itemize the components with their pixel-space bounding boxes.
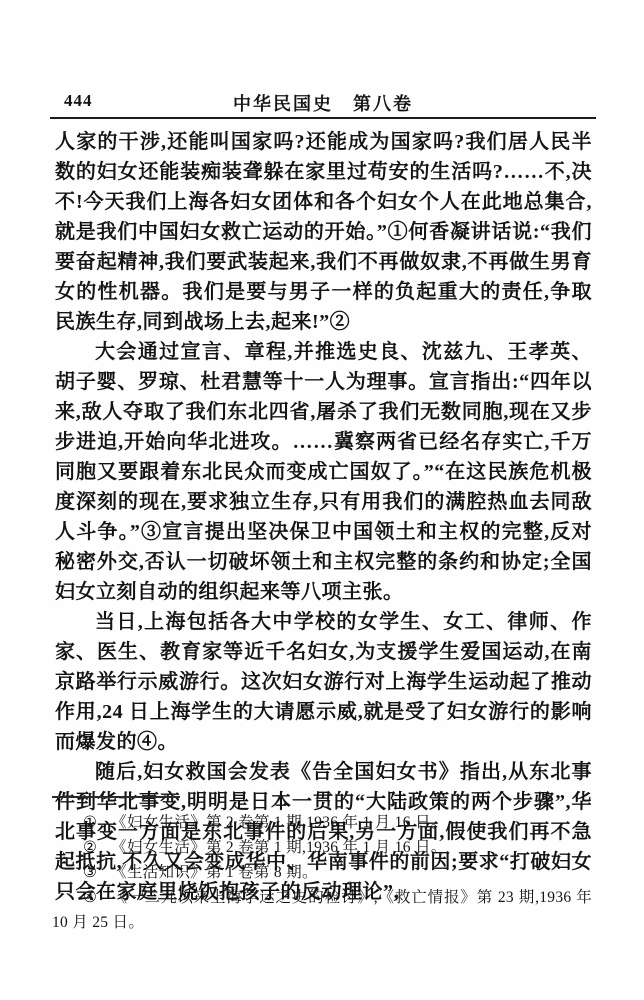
body-paragraph: 大会通过宣言、章程,并推选史良、沈兹九、王孝英、胡子婴、罗琼、杜君慧等十一人为理… [55, 337, 592, 607]
footnote-divider [52, 796, 180, 798]
footnote-item: ③《生活知识》第 1 卷第 8 期。 [52, 860, 592, 885]
header-title: 中华民国史 第八卷 [50, 88, 596, 116]
footnote-item: ②《妇女生活》第 2 卷第 1 期,1936 年 1 月 16 日。 [52, 835, 592, 860]
header-rule [50, 117, 596, 119]
footnote-text: 《妇女生活》第 2 卷第 1 期,1936 年 1 月 16 日。 [111, 814, 446, 831]
body-paragraph: 人家的干涉,还能叫国家吗?还能成为国家吗?我们居人民半数的妇女还能装痴装聋躲在家… [55, 127, 592, 337]
running-header: 444 中华民国史 第八卷 [50, 88, 596, 114]
footnote-marker: ① [83, 814, 97, 831]
footnote-text: 《生活知识》第 1 卷第 8 期。 [111, 864, 318, 881]
page-number: 444 [64, 91, 93, 111]
footnotes-section: ①《妇女生活》第 2 卷第 1 期,1936 年 1 月 16 日。 ②《妇女生… [52, 788, 592, 935]
footnote-item: ①《妇女生活》第 2 卷第 1 期,1936 年 1 月 16 日。 [52, 810, 592, 835]
footnote-text: 《妇女生活》第 2 卷第 1 期,1936 年 1 月 16 日。 [111, 839, 446, 856]
footnote-marker: ② [83, 839, 97, 856]
footnote-text: 《一二九以来上海学运之史的检讨》,《救亡情报》第 23 期,1936 年 10 … [52, 889, 592, 931]
book-page: 444 中华民国史 第八卷 人家的干涉,还能叫国家吗?还能成为国家吗?我们居人民… [0, 0, 644, 1000]
body-paragraph: 当日,上海包括各大中学校的女学生、女工、律师、作家、医生、教育家等近千名妇女,为… [55, 607, 592, 757]
footnote-item: ④《一二九以来上海学运之史的检讨》,《救亡情报》第 23 期,1936 年 10… [52, 885, 592, 935]
footnote-marker: ③ [83, 864, 97, 881]
footnote-marker: ④ [83, 889, 98, 906]
